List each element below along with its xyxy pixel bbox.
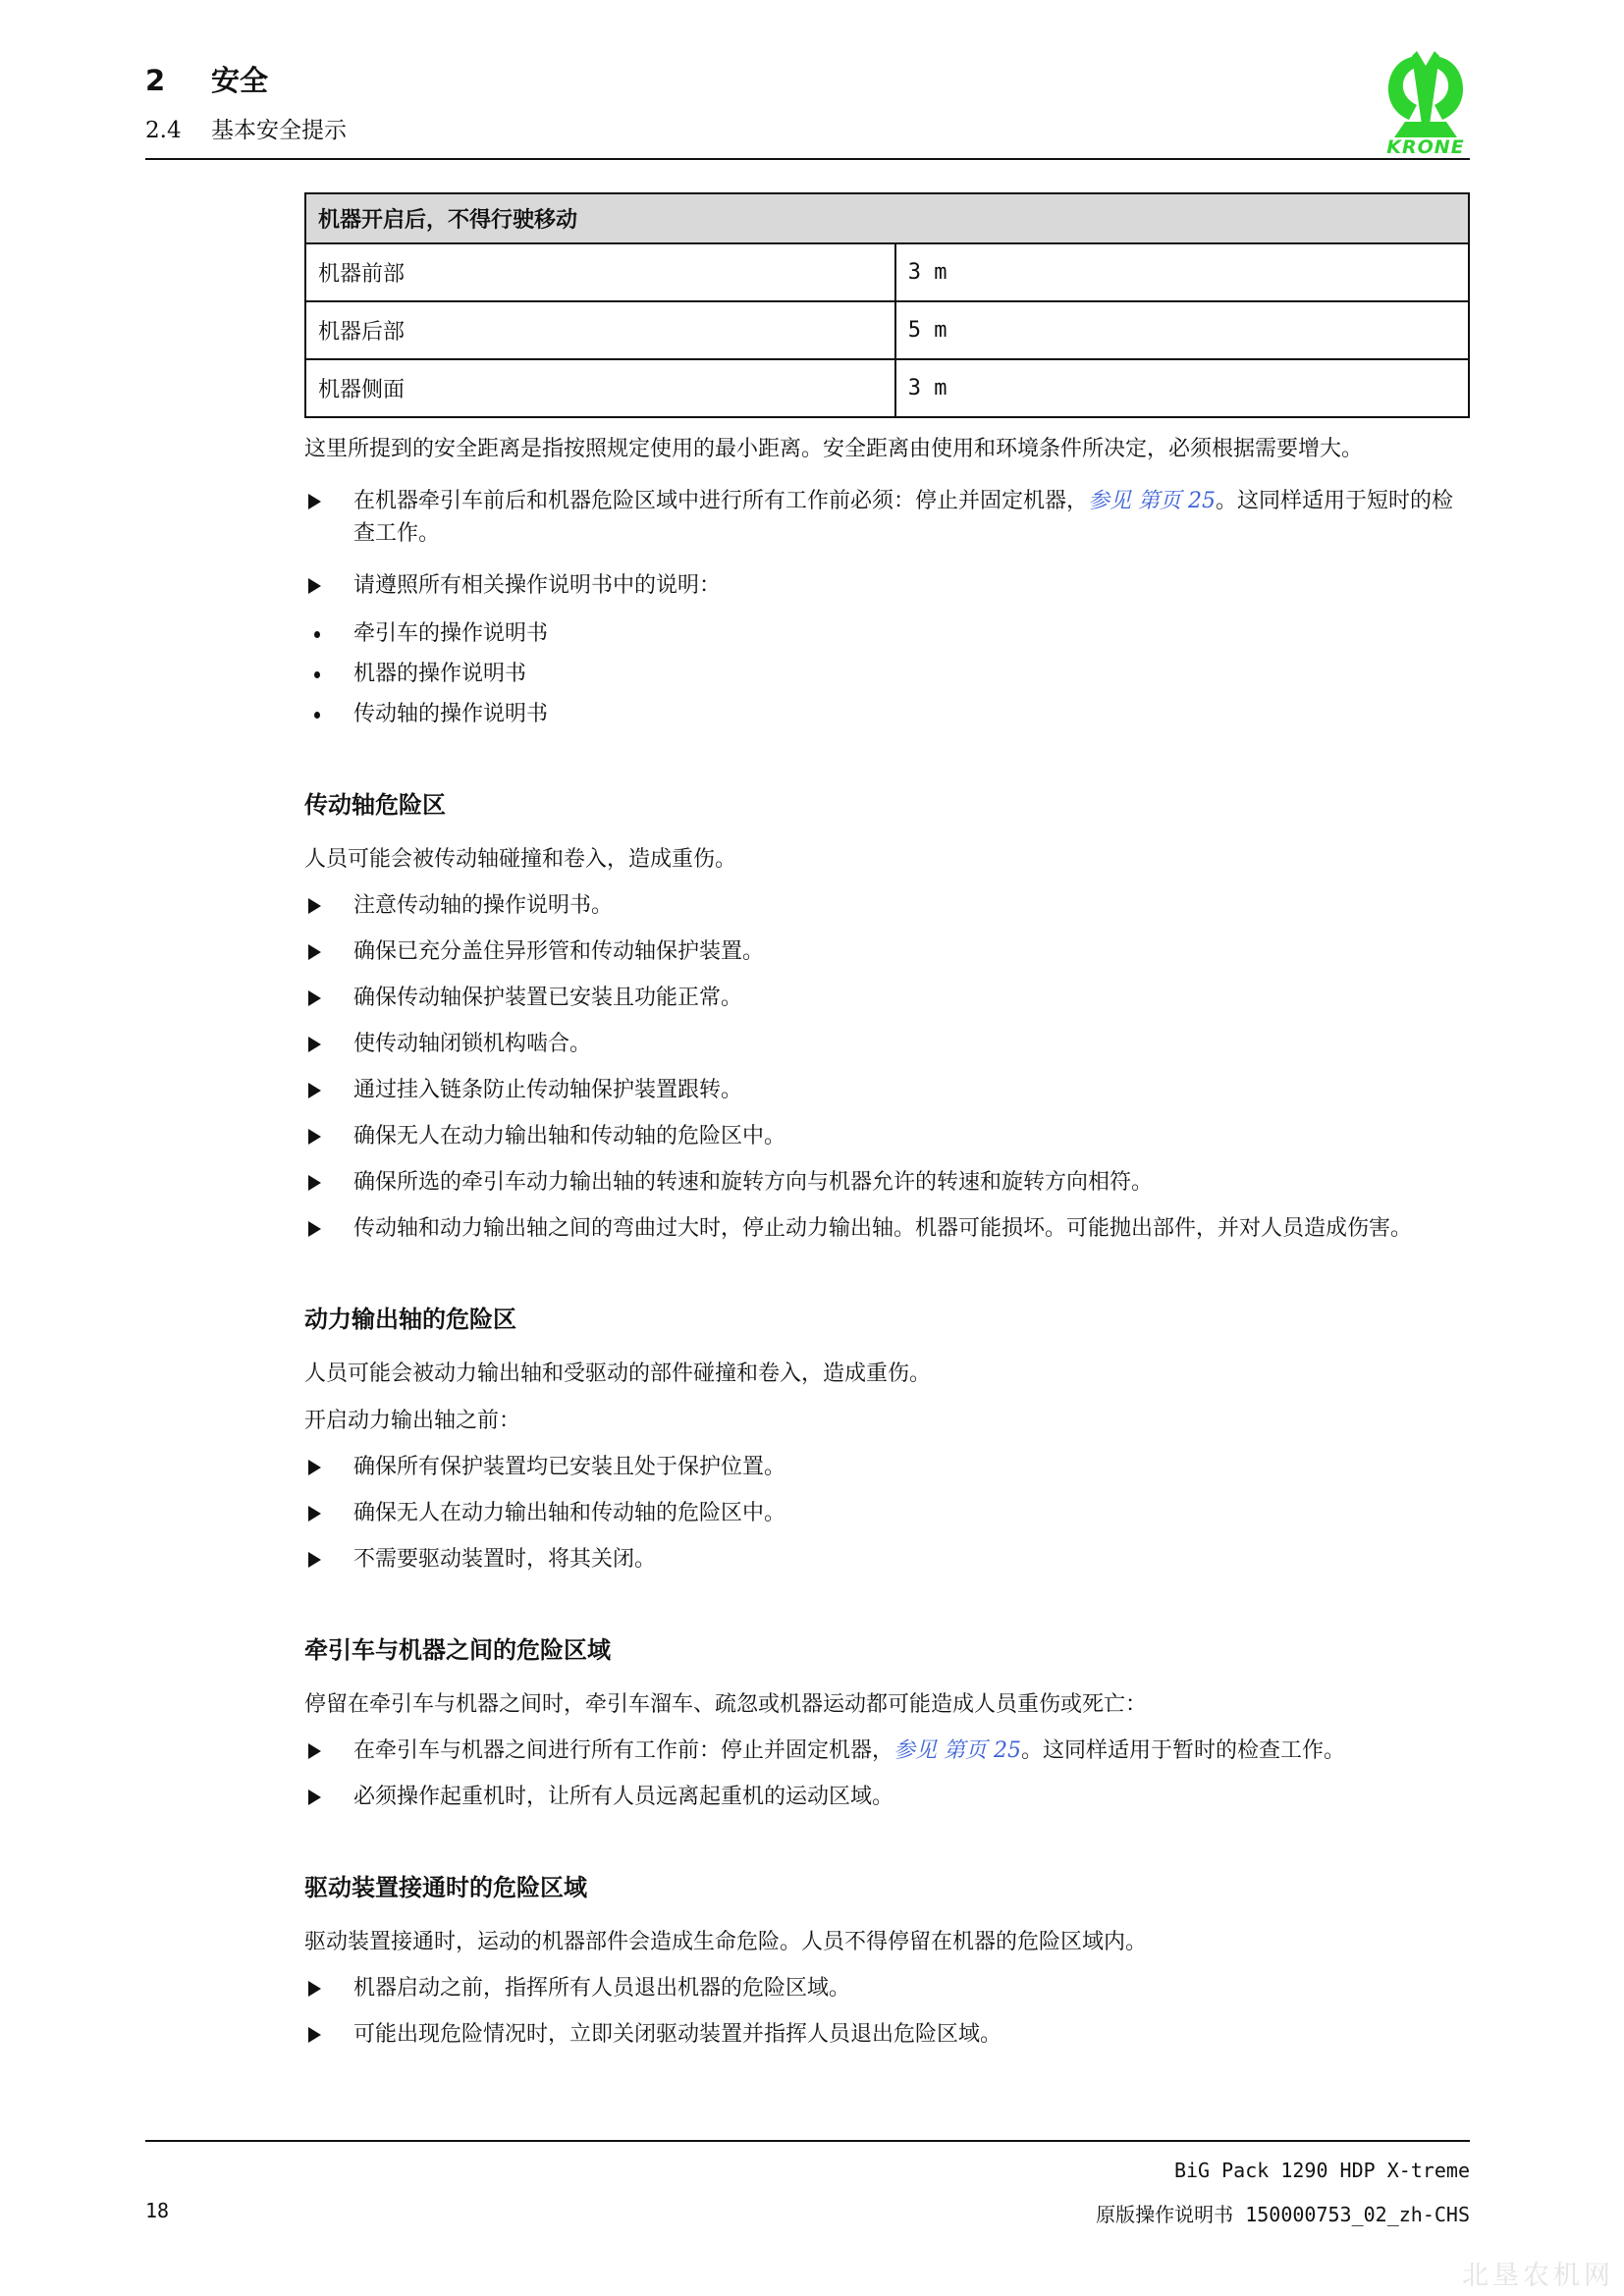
triangle-bullet-icon [304,1451,353,1483]
section-heading-pto: 动力输出轴的危险区 [304,1300,1470,1334]
table-row-value: 5 m [895,301,1469,359]
svg-text:KRONE: KRONE [1386,136,1464,155]
section-heading: 2.4基本安全提示 [145,112,1470,144]
page-number: 18 [145,2199,169,2227]
bullet-item: 机器启动之前，指挥所有人员退出机器的危险区域。 [304,1972,1470,2004]
bullet-text: 通过挂入链条防止传动轴保护装置跟转。 [353,1074,1470,1106]
list-item: 传动轴的操作说明书 [304,698,1470,730]
bullet-item: 注意传动轴的操作说明书。 [304,889,1470,922]
safety-distance-table: 机器开启后，不得行驶移动 机器前部 3 m 机器后部 5 m 机器侧面 3 m [304,192,1470,418]
bullet-item: 请遵照所有相关操作说明书中的说明： [304,569,1470,602]
section-heading-tractor-machine: 牵引车与机器之间的危险区域 [304,1630,1470,1665]
bullet-text: 确保所有保护装置均已安装且处于保护位置。 [353,1451,1470,1483]
bullet-text: 确保已充分盖住异形管和传动轴保护装置。 [353,935,1470,968]
manual-page: 2安全 2.4基本安全提示 KRONE 机器开启后，不得行驶移动 机器前部 [0,0,1624,2296]
bullet-item: 确保已充分盖住异形管和传动轴保护装置。 [304,935,1470,968]
triangle-bullet-icon [304,1120,353,1152]
bullet-item: 必须操作起重机时，让所有人员远离起重机的运动区域。 [304,1781,1470,1813]
triangle-bullet-icon [304,485,353,550]
section-heading-driveshaft: 传动轴危险区 [304,785,1470,820]
chapter-heading: 2安全 [145,59,1470,99]
dot-bullet-icon [304,617,353,650]
list-item-text: 牵引车的操作说明书 [353,617,1470,650]
triangle-bullet-icon [304,1028,353,1060]
header-rule [145,158,1470,160]
bullet-text: 可能出现危险情况时，立即关闭驱动装置并指挥人员退出危险区域。 [353,2018,1470,2051]
triangle-bullet-icon [304,935,353,968]
section-paragraph: 人员可能会被动力输出轴和受驱动的部件碰撞和卷入，造成重伤。 [304,1358,1470,1390]
bullet-text-post: 。这同样适用于暂时的检查工作。 [1021,1738,1345,1763]
table-row-label: 机器侧面 [305,359,895,417]
triangle-bullet-icon [304,1212,353,1245]
bullet-item: 通过挂入链条防止传动轴保护装置跟转。 [304,1074,1470,1106]
table-row-value: 3 m [895,359,1469,417]
triangle-bullet-icon [304,1074,353,1106]
bullet-text: 传动轴和动力输出轴之间的弯曲过大时，停止动力输出轴。机器可能损坏。可能抛出部件，… [353,1212,1470,1245]
list-item-text: 机器的操作说明书 [353,658,1470,690]
page-footer: BiG Pack 1290 HDP X-treme 18 原版操作说明书 150… [145,2140,1470,2227]
dot-bullet-icon [304,698,353,730]
bullet-item: 可能出现危险情况时，立即关闭驱动装置并指挥人员退出危险区域。 [304,2018,1470,2051]
bullet-item: 确保无人在动力输出轴和传动轴的危险区中。 [304,1497,1470,1529]
triangle-bullet-icon [304,1972,353,2004]
triangle-bullet-icon [304,1781,353,1813]
table-row: 机器后部 5 m [305,301,1469,359]
triangle-bullet-icon [304,889,353,922]
triangle-bullet-icon [304,1543,353,1575]
table-row-value: 3 m [895,243,1469,301]
bullet-text-pre: 在牵引车与机器之间进行所有工作前：停止并固定机器， [353,1738,893,1763]
bullet-text: 使传动轴闭锁机构啮合。 [353,1028,1470,1060]
bullet-text: 请遵照所有相关操作说明书中的说明： [353,569,1470,602]
section-heading-drives-on: 驱动装置接通时的危险区域 [304,1868,1470,1902]
triangle-bullet-icon [304,1497,353,1529]
bullet-item: 确保无人在动力输出轴和传动轴的危险区中。 [304,1120,1470,1152]
page-header: 2安全 2.4基本安全提示 [145,0,1470,160]
section-paragraph: 开启动力输出轴之前： [304,1405,1470,1437]
triangle-bullet-icon [304,1166,353,1199]
bullet-text-pre: 在机器牵引车前后和机器危险区域中进行所有工作前必须：停止并固定机器， [353,489,1088,513]
bullet-item: 确保传动轴保护装置已安装且功能正常。 [304,982,1470,1014]
document-reference: 原版操作说明书 150000753_02_zh-CHS [1096,2199,1470,2227]
bullet-text: 确保无人在动力输出轴和传动轴的危险区中。 [353,1497,1470,1529]
section-paragraph: 人员可能会被传动轴碰撞和卷入，造成重伤。 [304,843,1470,876]
bullet-text: 必须操作起重机时，让所有人员远离起重机的运动区域。 [353,1781,1470,1813]
table-title: 机器开启后，不得行驶移动 [305,193,1469,243]
section-paragraph: 驱动装置接通时，运动的机器部件会造成生命危险。人员不得停留在机器的危险区域内。 [304,1926,1470,1958]
triangle-bullet-icon [304,982,353,1014]
bullet-text: 在机器牵引车前后和机器危险区域中进行所有工作前必须：停止并固定机器，参见 第页 … [353,485,1470,550]
machine-model: BiG Pack 1290 HDP X-treme [145,2159,1470,2182]
bullet-item: 确保所选的牵引车动力输出轴的转速和旋转方向与机器允许的转速和旋转方向相符。 [304,1166,1470,1199]
page-ref-link[interactable]: 参见 第页 25 [893,1738,1021,1763]
bullet-item: 不需要驱动装置时，将其关闭。 [304,1543,1470,1575]
list-item: 机器的操作说明书 [304,658,1470,690]
table-header-row: 机器开启后，不得行驶移动 [305,193,1469,243]
list-item-text: 传动轴的操作说明书 [353,698,1470,730]
bullet-item: 传动轴和动力输出轴之间的弯曲过大时，停止动力输出轴。机器可能损坏。可能抛出部件，… [304,1212,1470,1245]
bullet-text: 注意传动轴的操作说明书。 [353,889,1470,922]
section-number: 2.4 [145,118,211,143]
bullet-text: 确保无人在动力输出轴和传动轴的危险区中。 [353,1120,1470,1152]
bullet-text: 确保传动轴保护装置已安装且功能正常。 [353,982,1470,1014]
bullet-text: 机器启动之前，指挥所有人员退出机器的危险区域。 [353,1972,1470,2004]
bullet-item: 在牵引车与机器之间进行所有工作前：停止并固定机器，参见 第页 25。这同样适用于… [304,1735,1470,1767]
table-row: 机器侧面 3 m [305,359,1469,417]
triangle-bullet-icon [304,1735,353,1767]
bullet-item: 在机器牵引车前后和机器危险区域中进行所有工作前必须：停止并固定机器，参见 第页 … [304,485,1470,550]
bullet-item: 使传动轴闭锁机构啮合。 [304,1028,1470,1060]
section-title: 基本安全提示 [211,118,347,143]
table-row-label: 机器前部 [305,243,895,301]
triangle-bullet-icon [304,2018,353,2051]
bullet-text: 在牵引车与机器之间进行所有工作前：停止并固定机器，参见 第页 25。这同样适用于… [353,1735,1470,1767]
krone-logo-icon: KRONE [1377,47,1475,155]
bullet-text: 确保所选的牵引车动力输出轴的转速和旋转方向与机器允许的转速和旋转方向相符。 [353,1166,1470,1199]
table-row: 机器前部 3 m [305,243,1469,301]
page-ref-link[interactable]: 参见 第页 25 [1088,489,1216,513]
intro-paragraph: 这里所提到的安全距离是指按照规定使用的最小距离。安全距离由使用和环境条件所决定，… [304,433,1470,465]
section-paragraph: 停留在牵引车与机器之间时，牵引车溜车、疏忽或机器运动都可能造成人员重伤或死亡： [304,1688,1470,1721]
chapter-title: 安全 [211,64,268,97]
bullet-text: 不需要驱动装置时，将其关闭。 [353,1543,1470,1575]
list-item: 牵引车的操作说明书 [304,617,1470,650]
watermark: 北垦农机网 [1462,2254,1614,2292]
table-row-label: 机器后部 [305,301,895,359]
dot-bullet-icon [304,658,353,690]
chapter-number: 2 [145,64,211,97]
main-content: 机器开启后，不得行驶移动 机器前部 3 m 机器后部 5 m 机器侧面 3 m … [304,192,1470,2051]
triangle-bullet-icon [304,569,353,602]
bullet-item: 确保所有保护装置均已安装且处于保护位置。 [304,1451,1470,1483]
